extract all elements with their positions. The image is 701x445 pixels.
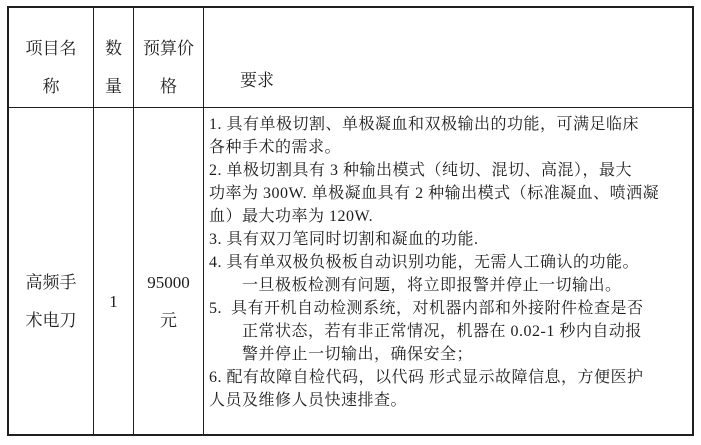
header-item-name: 项目名 称 (9, 8, 94, 108)
document-page: 项目名 称 数 量 预算价 格 要求 高频手 术电刀 1 95000 元 1. … (0, 0, 701, 445)
procurement-spec-table: 项目名 称 数 量 预算价 格 要求 高频手 术电刀 1 95000 元 1. … (7, 6, 694, 436)
header-quantity: 数 量 (94, 8, 134, 108)
header-budget-price: 预算价 格 (134, 8, 204, 108)
cell-item-name: 高频手 术电刀 (9, 108, 94, 434)
cell-quantity: 1 (94, 108, 134, 434)
cell-requirements: 1. 具有单极切割、单极凝血和双极输出的功能，可满足临床 各种手术的需求。 2.… (204, 108, 692, 434)
cell-budget-price: 95000 元 (134, 108, 204, 434)
header-requirements: 要求 (204, 8, 692, 108)
